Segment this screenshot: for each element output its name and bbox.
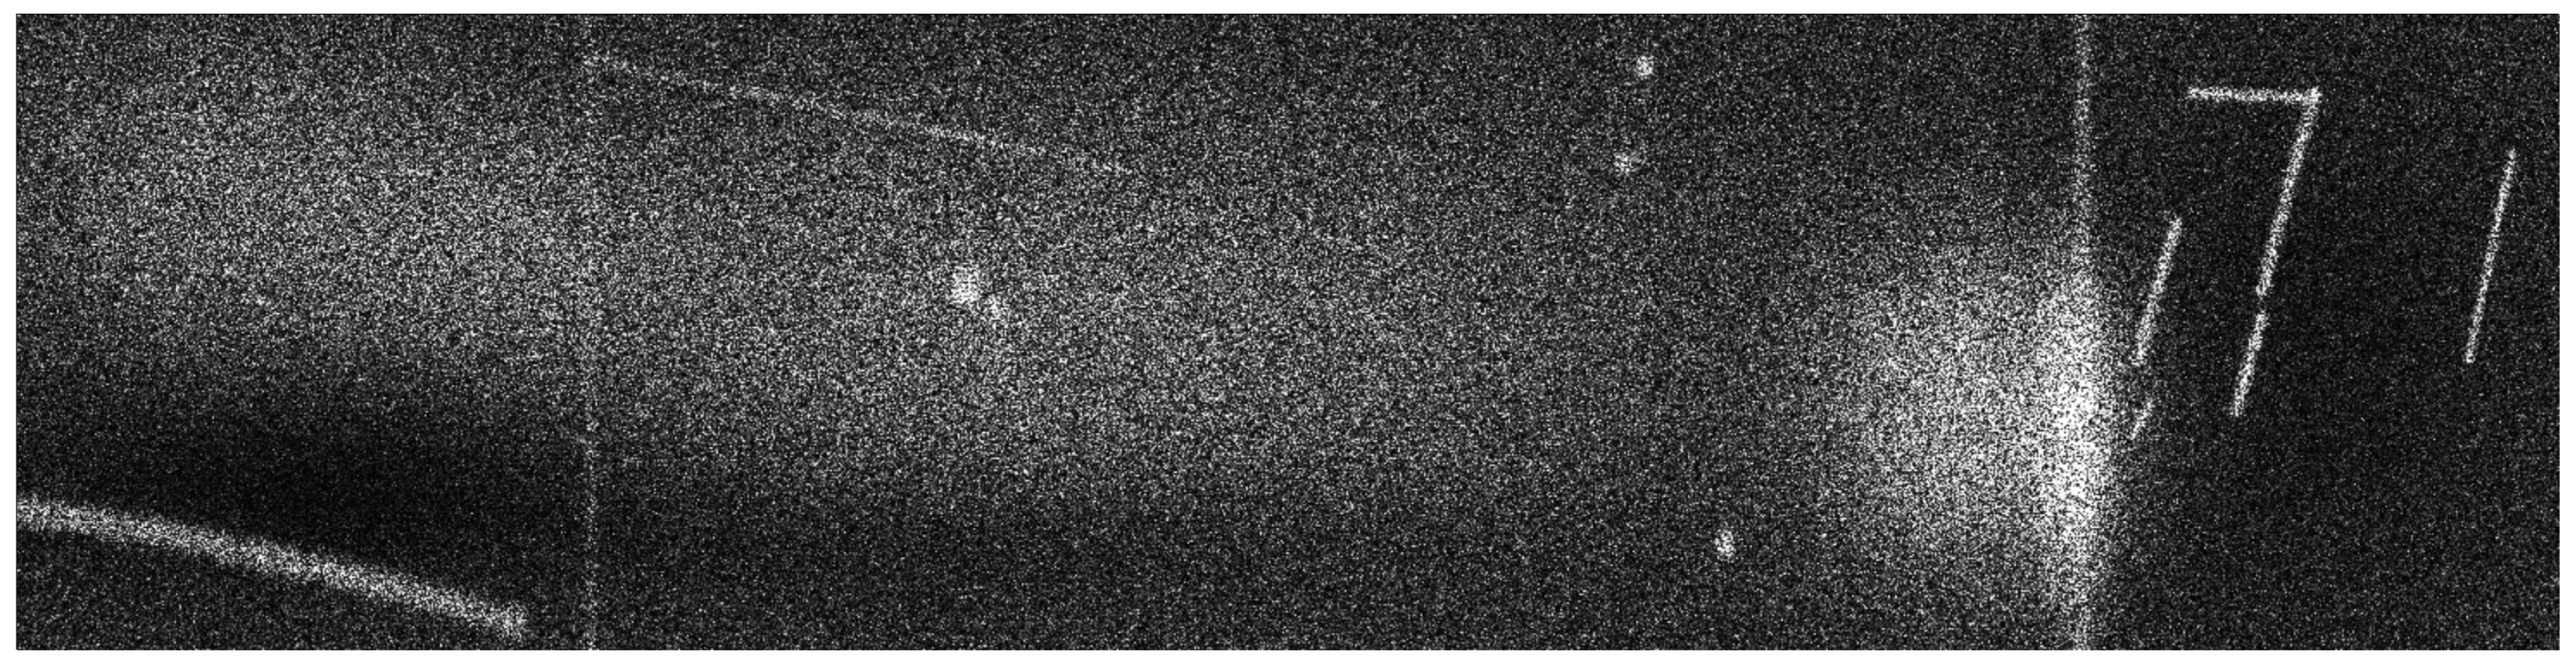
sar-image-frame (16, 13, 2560, 650)
sar-image (17, 15, 2560, 650)
